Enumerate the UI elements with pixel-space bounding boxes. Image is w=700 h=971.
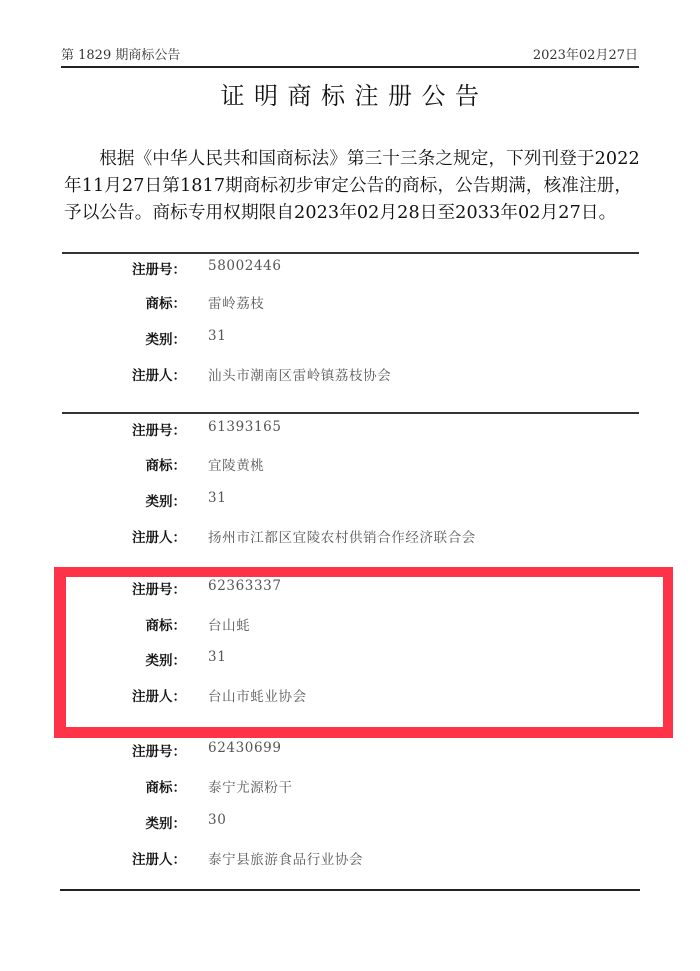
reg-no-value: 62430699 — [208, 740, 282, 756]
class-row: 类别： 31 — [0, 649, 700, 671]
class-value: 30 — [208, 812, 226, 828]
mark-row: 商标： 泰宁尤源粉干 — [0, 776, 700, 798]
registrant-row: 注册人： 汕头市潮南区雷岭镇荔枝协会 — [0, 364, 700, 386]
reg-no-label: 注册号： — [132, 258, 186, 278]
publication-date: 2023年02月27日 — [533, 44, 638, 63]
reg-no-row: 注册号： 62363337 — [0, 578, 700, 600]
bottom-divider — [60, 889, 640, 891]
mark-row: 商标： 台山蚝 — [0, 614, 700, 636]
mark-row: 商标： 宜陵黄桃 — [0, 454, 700, 476]
page-title: 证明商标注册公告 — [0, 76, 700, 111]
registrant-label: 注册人： — [132, 364, 186, 384]
class-value: 31 — [208, 328, 226, 344]
class-row: 类别： 31 — [0, 328, 700, 350]
reg-no-value: 62363337 — [208, 578, 282, 594]
reg-no-row: 注册号： 58002446 — [0, 258, 700, 280]
registrant-label: 注册人： — [132, 848, 186, 868]
intro-paragraph: 根据《中华人民共和国商标法》第三十三条之规定，下列刊登于2022年11月27日第… — [64, 146, 640, 227]
mark-label: 商标： — [146, 776, 187, 796]
reg-no-row: 注册号： 61393165 — [0, 419, 700, 441]
header-divider — [61, 66, 639, 68]
entry-divider — [62, 252, 639, 254]
class-row: 类别： 30 — [0, 812, 700, 834]
class-label: 类别： — [146, 328, 187, 348]
mark-value: 宜陵黄桃 — [208, 454, 264, 474]
reg-no-label: 注册号： — [132, 578, 186, 598]
class-label: 类别： — [146, 490, 187, 510]
mark-row: 商标： 雷岭荔枝 — [0, 292, 700, 314]
mark-label: 商标： — [146, 614, 187, 634]
registrant-row: 注册人： 扬州市江都区宜陵农村供销合作经济联合会 — [0, 526, 700, 548]
reg-no-row: 注册号： 62430699 — [0, 740, 700, 762]
registrant-value: 汕头市潮南区雷岭镇荔枝协会 — [208, 364, 391, 384]
mark-value: 台山蚝 — [208, 614, 250, 634]
entry-divider — [62, 412, 639, 414]
registrant-value: 扬州市江都区宜陵农村供销合作经济联合会 — [208, 526, 476, 546]
registrant-value: 台山市蚝业协会 — [208, 685, 307, 705]
issue-number: 第 1829 期商标公告 — [61, 44, 180, 63]
class-label: 类别： — [146, 812, 187, 832]
mark-value: 雷岭荔枝 — [208, 292, 264, 312]
reg-no-label: 注册号： — [132, 419, 186, 439]
registrant-label: 注册人： — [132, 685, 186, 705]
registrant-label: 注册人： — [132, 526, 186, 546]
reg-no-label: 注册号： — [132, 740, 186, 760]
registrant-row: 注册人： 台山市蚝业协会 — [0, 685, 700, 707]
mark-label: 商标： — [146, 292, 187, 312]
registrant-row: 注册人： 泰宁县旅游食品行业协会 — [0, 848, 700, 870]
class-value: 31 — [208, 649, 226, 665]
mark-value: 泰宁尤源粉干 — [208, 776, 293, 796]
registrant-value: 泰宁县旅游食品行业协会 — [208, 848, 363, 868]
class-value: 31 — [208, 490, 226, 506]
mark-label: 商标： — [146, 454, 187, 474]
class-label: 类别： — [146, 649, 187, 669]
reg-no-value: 61393165 — [208, 419, 282, 435]
reg-no-value: 58002446 — [208, 258, 282, 274]
class-row: 类别： 31 — [0, 490, 700, 512]
